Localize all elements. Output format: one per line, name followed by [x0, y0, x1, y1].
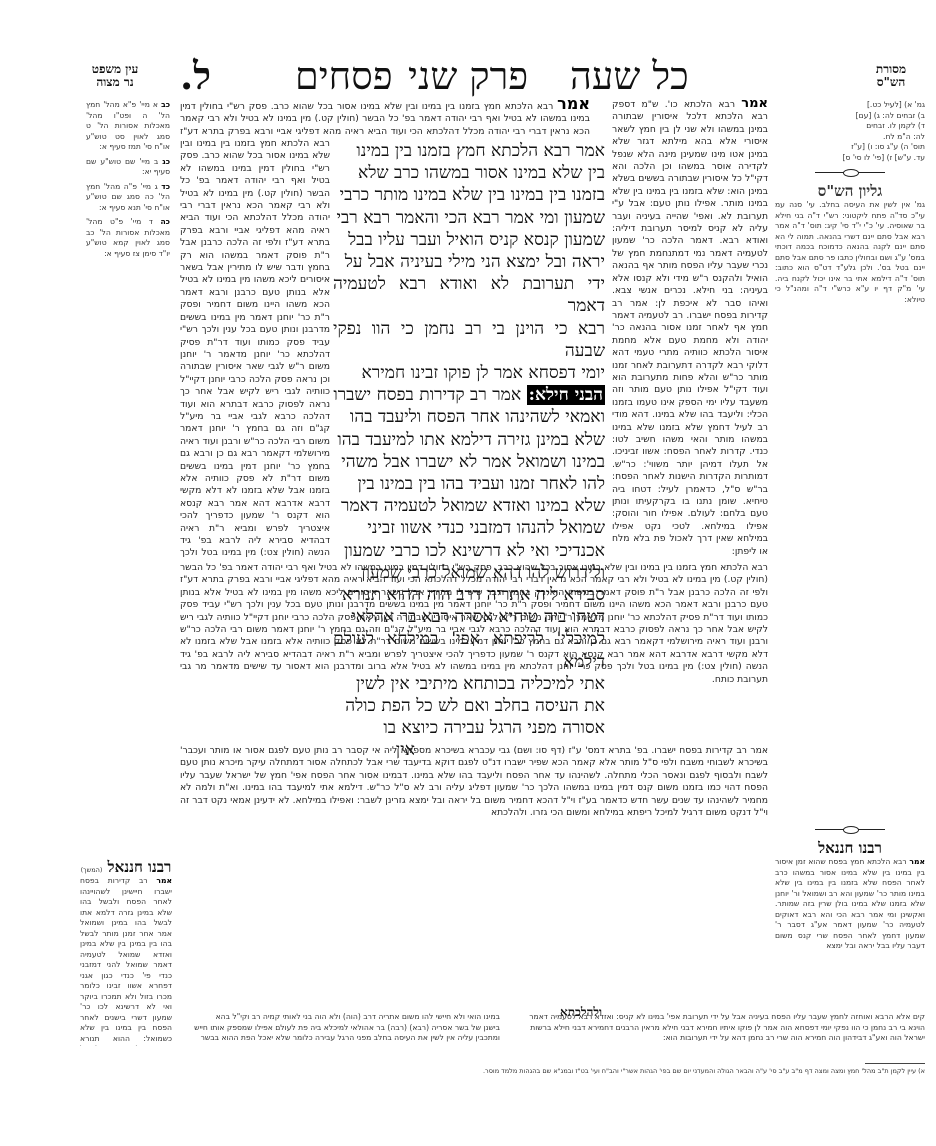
ein-mishpat-entry: כג ב מיי' שם טוש"ע שם סעיף יא: [86, 157, 170, 178]
rc-heading-word: אמר [909, 857, 925, 866]
bottom-commentary-left: במינו הואי ולא חיישי להו משום אתריה דרב … [180, 1012, 500, 1044]
ornament-divider [815, 169, 885, 176]
ein-mishpat-label: עין משפט נר מצוה [80, 63, 150, 89]
gemara-line: שמואל להנהו דמזבני כנדי אשוו זביני [333, 517, 605, 539]
masoret-line: עד. ע"ש] ז) [פי' לו סי' ס] [775, 153, 925, 164]
masoret-line: גמ' א) [לעיל כט.] [775, 100, 925, 111]
rashi-text: רבא הלכתא כו'. ש"מ דספק רבא הלכתא דלכל א… [612, 99, 768, 557]
footnote: א) עיין לקמן ת"ב מהל' חמץ ומצה ומצה דף מ… [340, 1067, 925, 1076]
perek-label: פרק שני [408, 56, 528, 96]
entry-mark: כב [161, 100, 170, 109]
entry-text: ג מיי' פ"ה מהל' חמץ הל' כה סמג שם טוש"ע … [86, 182, 170, 212]
entry-text: א מיי' פ"א מהל' חמץ הל' ה ופט"ו מהל' מאכ… [86, 100, 170, 151]
tosafot-lower: רבא הלכתא חמץ בזמנו בין במינו ובין שלא ב… [180, 562, 768, 742]
tosafot-lower-2: אמר רב קדירות בפסח ישברו. בפ' בתרא דמס' … [180, 745, 768, 1007]
chapter-name: כל שעה [570, 56, 689, 96]
rc-left-body: רב קדירות בפסח ישברו חיישינן לשהויינהו ל… [80, 876, 172, 1046]
tosafot-top: אמר רבא הלכתא חמץ בזמנו בין במינו ובין ש… [180, 98, 590, 138]
gemara-line: הבני חילא: אמר רב קדירות בפסח ישברו [333, 384, 605, 406]
continued-label: (המשך) [81, 866, 103, 874]
bottom-line: בישנן של בשר אסריה (רבא) (רבה) בר אהולאי… [180, 1023, 500, 1034]
tosafot-side: רבא הלכתא חמץ בזמנו בין במינו ובין שלא ב… [180, 138, 330, 558]
gemara-line: שלא במינו ואזדא שמואל לטעמיה דאמר [333, 495, 605, 517]
bottom-line: ומתכבין עליה אין לשין את העיסה בחלב מפני… [180, 1033, 500, 1044]
rabbeinu-chananel-title: רבנו חננאל [775, 839, 925, 857]
masoret-line: ד) לקמן לו. זבחים [775, 121, 925, 132]
gemara-line: רבא כי הוינן בי רב נחמן כי הוו נפקי שבעה [333, 318, 605, 362]
rabbeinu-chananel-left-title: רבנו חננאל [108, 858, 172, 876]
tosafot-bottom-text: אמר רב קדירות בפסח ישברו. בפ' בתרא דמס' … [180, 745, 768, 818]
gemara-line: בין שלא במינו אסור במשהו כרב שלא [333, 162, 605, 184]
gemara-line: במינו ושמואל אמר לא ישברו אבל משהי [333, 451, 605, 473]
ein-mishpat-entry: כד ג מיי' פ"ה מהל' חמץ הל' כה סמג שם טוש… [86, 182, 170, 214]
bottom-line: קים אלא הרבא ואוחזה לחמץ שעבר עליו הפסח … [505, 1012, 925, 1023]
bottom-commentary-right: קים אלא הרבא ואוחזה לחמץ שעבר עליו הפסח … [505, 1012, 925, 1044]
masoret-line: תוס' ה) ע"ג סו: ו) [ע"ז [775, 142, 925, 153]
bottom-line: במינו הואי ולא חיישי להו משום אתריה דרב … [180, 1012, 500, 1023]
masoret-line: ב) זבחים לה: ג) [עם] [775, 111, 925, 122]
masoret-hashas-column: גמ' א) [לעיל כט.] ב) זבחים לה: ג) [עם] ד… [775, 100, 925, 305]
gemara-line: ואמאי לשהינהו אחר הפסח וליעבד בהו [333, 406, 605, 428]
highlighted-phrase: הבני חילא: [527, 385, 605, 405]
gemara-line: שמעון ומי אמר רבא הכי והאמר רבא רבי [333, 207, 605, 229]
entry-text: ב מיי' שם טוש"ע שם סעיף יא: [86, 157, 170, 177]
ein-mishpat-entry: כב א מיי' פ"א מהל' חמץ הל' ה ופט"ו מהל' … [86, 100, 170, 153]
rashi-heading-word: אמר [741, 98, 768, 111]
gilyon-hashas-title: גליון הש"ס [775, 182, 925, 200]
ein-mishpat-column: כב א מיי' פ"א מהל' חמץ הל' ה ופט"ו מהל' … [86, 100, 170, 263]
masoret-line: לה: ה"מ לח. [775, 132, 925, 143]
gemara-line: שלא במינן גזירה דילמא אתו למיעבד בהו [333, 429, 605, 451]
gemara-line: ידי תערובת לא ואודא רבא לטעמיה דאמר [333, 273, 605, 317]
rashi-commentary: אמר רבא הלכתא כו'. ש"מ דספק רבא הלכתא דל… [612, 98, 768, 558]
tractate-name: פסחים [295, 56, 393, 96]
bottom-line: ישראל הוה ואע"ג דבידהון הוה חמירא הוה שר… [505, 1033, 925, 1044]
rc-left-heading: רבנו חננאל (המשך) [80, 858, 172, 876]
gilyon-hashas-text: גמ' אין לשין את העיסה בחלב. עי' סנה עמ ע… [775, 200, 925, 305]
ein-mishpat-entry: כה ד מיי' פ"ט מהל' מאכלות אסורות הל' כב … [86, 217, 170, 259]
gemara-line: שמעון קנסא קניס הואיל ועבר עליו בבל [333, 229, 605, 251]
gemara-line: אמר רבא הלכתא חמץ בזמנו בין במינו [333, 140, 605, 162]
rc-left-heading-word: אמר [156, 876, 172, 885]
tosafot-text-continued: רבא הלכתא חמץ בזמנו בין במינו ובין שלא ב… [180, 138, 330, 558]
gemara-line: להו לאחר זמנו ועביד בהו בין במינו בין [333, 473, 605, 495]
folio-number: ל. [180, 56, 211, 96]
rabbeinu-chananel-left: רבנו חננאל (המשך) אמר רב קדירות בפסח ישב… [80, 858, 172, 1046]
entry-mark: כה [160, 217, 170, 226]
entry-text: ד מיי' פ"ט מהל' מאכלות אסורות הל' כב סמג… [86, 217, 170, 258]
rc-body: רבא הלכתא חמץ בפסח שהוא זמן איסור בין במ… [775, 857, 925, 950]
bottom-line: הוינא בי רב נחמן כי הוו נפקי יומי דפסחא … [505, 1023, 925, 1034]
entry-mark: כד [161, 182, 170, 191]
footnote-rule [865, 1063, 925, 1064]
gemara-line-rest: אמר רב קדירות בפסח ישברו [333, 385, 521, 405]
gemara-line: אכנדיכי ואי לא דרשינא לכו כרבי שמעון [333, 540, 605, 562]
gemara-line: יראה ובל ימצא הני מילי בעיניה אבל על [333, 251, 605, 273]
masoret-hashas-label: מסורת הש"ס [856, 63, 926, 89]
ornament-divider [815, 826, 885, 833]
tosafot-text: רבא הלכתא חמץ בזמנו בין במינו ובין שלא ב… [180, 101, 590, 138]
tosafot-lower-text: רבא הלכתא חמץ בזמנו בין במינו ובין שלא ב… [180, 562, 768, 685]
entry-mark: כג [162, 157, 170, 166]
gemara-line: יומי דפסחא אמר לן פוקו זבינו חמירא [333, 362, 605, 384]
tosafot-heading-word: אמר [557, 98, 590, 113]
rc-left-text: אמר רב קדירות בפסח ישברו חיישינן לשהויינ… [80, 876, 172, 1046]
gemara-line: בזמנו בין במינו בין שלא במינו מותר כרבי [333, 184, 605, 206]
